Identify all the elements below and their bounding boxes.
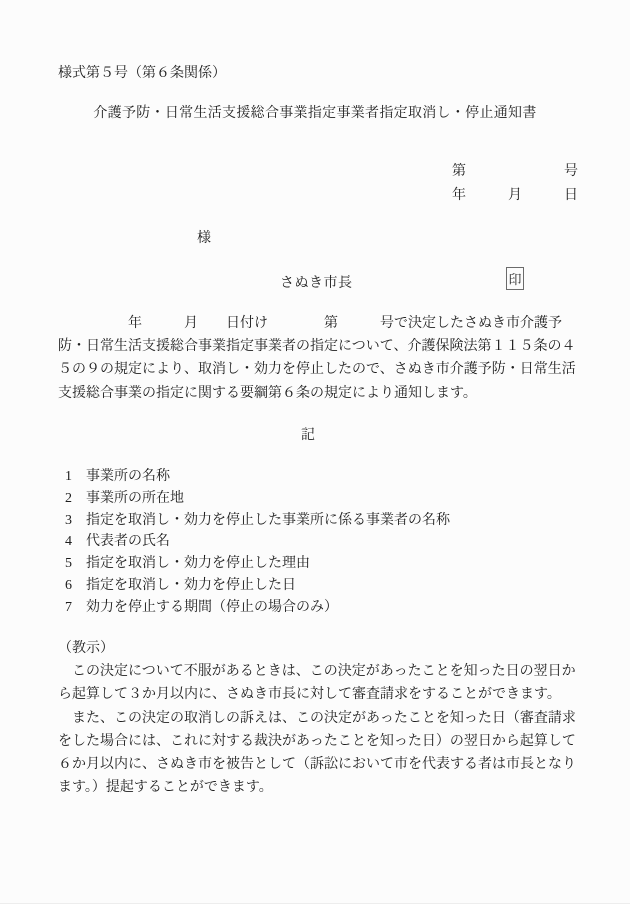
appeal-heading: （教示） [58,637,582,660]
appeal-line: この決定について不服があるときは、この決定があったことを知った日の翌日か [58,660,582,683]
issue-date-line: 年 月 日 [452,184,578,208]
body-line: 年 月 日付け 第 号で決定したさぬき市介護予 [58,312,578,335]
item-number: 7 [65,597,86,619]
item-number: 1 [65,466,86,488]
item-label: 指定を取消し・効力を停止した事業所に係る事業者の名称 [86,513,450,528]
item-number: 3 [65,510,86,532]
body-paragraph: 年 月 日付け 第 号で決定したさぬき市介護予 防・日常生活支援総合事業指定事業… [58,312,578,405]
list-item: 6指定を取消し・効力を停止した日 [65,575,450,597]
appeal-line: ら起算して３か月以内に、さぬき市長に対して審査請求をすることができます。 [58,683,582,706]
issue-number-line: 第 号 [452,160,578,184]
item-label: 指定を取消し・効力を停止した理由 [86,556,310,571]
item-number: 4 [65,531,86,553]
appeal-line: ます。）提起することができます。 [58,776,582,799]
body-line: 防・日常生活支援総合事業指定事業者の指定について、介護保険法第１１５条の４ [58,335,578,358]
list-item: 2事業所の所在地 [65,488,450,510]
appeal-line: をした場合には、これに対する裁決があったことを知った日）の翌日から起算して [58,730,582,753]
appeal-line: また、この決定の取消しの訴えは、この決定があったことを知った日（審査請求 [58,707,582,730]
item-number: 6 [65,575,86,597]
body-line: ５の９の規定により、取消し・効力を停止したので、さぬき市介護予防・日常生活 [58,358,578,381]
list-item: 4代表者の氏名 [65,531,450,553]
form-number: 様式第５号（第６条関係） [58,62,226,82]
seal-stamp-box: 印 [506,267,524,290]
list-item: 3指定を取消し・効力を停止した事業所に係る事業者の名称 [65,510,450,532]
seal-icon: 印 [508,269,521,288]
sender-name: さぬき市長 [280,272,353,292]
document-title: 介護予防・日常生活支援総合事業指定事業者指定取消し・停止通知書 [58,102,572,122]
appeal-line: ６か月以内に、さぬき市を被告として（訴訟において市を代表する者は市長となり [58,753,582,776]
item-label: 事業所の名称 [86,469,170,484]
item-label: 代表者の氏名 [86,534,170,549]
item-number: 2 [65,488,86,510]
item-label: 事業所の所在地 [86,491,184,506]
item-label: 指定を取消し・効力を停止した日 [86,578,296,593]
addressee-honorific: 様 [197,227,211,247]
list-item: 5指定を取消し・効力を停止した理由 [65,553,450,575]
ki-section-heading: 記 [58,424,558,444]
item-label: 効力を停止する期間（停止の場合のみ） [86,600,338,615]
body-line: 支援総合事業の指定に関する要綱第６条の規定により通知します。 [58,382,578,405]
item-number: 5 [65,553,86,575]
list-item: 1事業所の名称 [65,466,450,488]
list-item: 7効力を停止する期間（停止の場合のみ） [65,597,450,619]
issue-number-date-block: 第 号 年 月 日 [452,160,578,207]
notice-items-list: 1事業所の名称 2事業所の所在地 3指定を取消し・効力を停止した事業所に係る事業… [65,466,450,619]
appeal-instructions: （教示） この決定について不服があるときは、この決定があったことを知った日の翌日… [58,637,582,799]
notice-document-page: 様式第５号（第６条関係） 介護予防・日常生活支援総合事業指定事業者指定取消し・停… [0,0,630,904]
